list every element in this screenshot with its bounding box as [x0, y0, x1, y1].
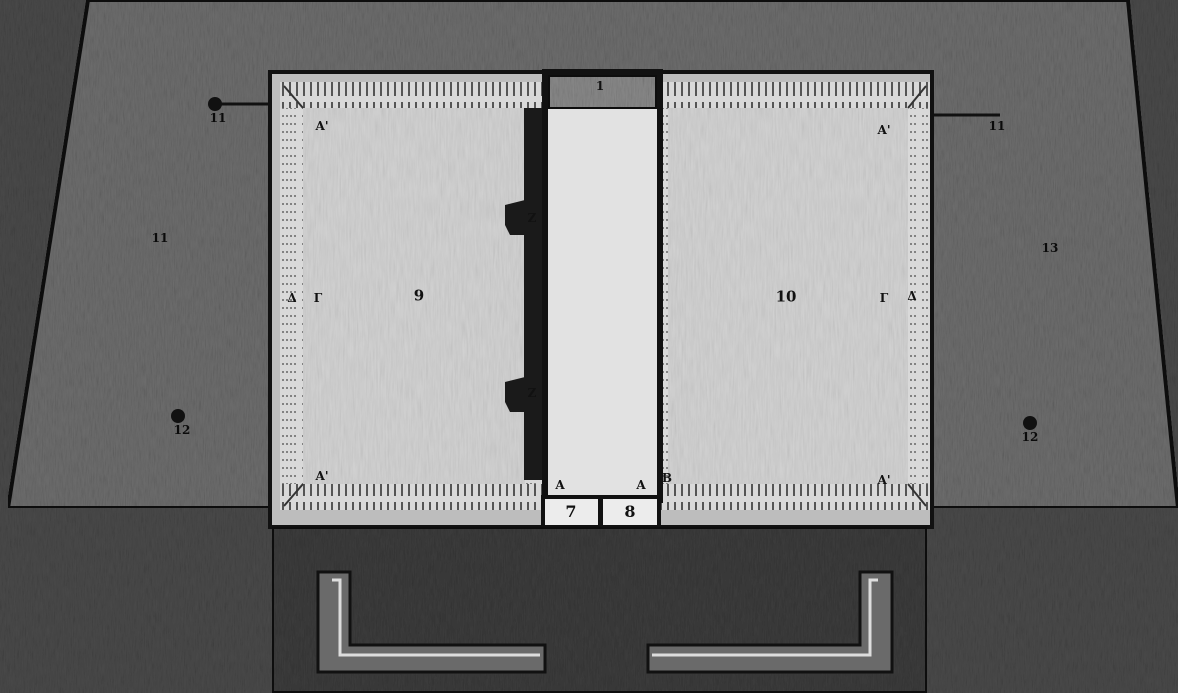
- diagram-drawing: [0, 0, 1178, 693]
- label-peg-lower: Z: [528, 387, 537, 399]
- label-channel-a-right: A: [636, 479, 645, 491]
- label-peg-upper: Z: [528, 212, 537, 224]
- label-post-top-right: 11: [989, 120, 1006, 132]
- label-a-prime-bl: A': [316, 470, 329, 482]
- diagram-stage: 9 10 7 8 Δ Γ Γ Δ A' A' A' A' A A B 1 Z Z…: [0, 0, 1178, 693]
- label-delta-left: Δ: [287, 292, 296, 304]
- label-right-wing-upper: 13: [1042, 242, 1059, 254]
- label-right-panel: 10: [776, 290, 797, 305]
- label-gamma-left: Γ: [314, 292, 323, 304]
- label-post-top-left: 11: [210, 112, 227, 124]
- label-gamma-right: Γ: [880, 292, 889, 304]
- label-a-prime-tl: A': [316, 120, 329, 132]
- label-left-wing-upper: 11: [152, 232, 169, 244]
- label-box-8: 8: [624, 504, 635, 520]
- post-lower-left: [171, 409, 185, 423]
- post-lower-right: [1023, 416, 1037, 430]
- label-delta-right: Δ: [907, 290, 916, 302]
- label-box-7: 7: [565, 504, 576, 520]
- label-channel-a-left: A: [555, 479, 564, 491]
- label-right-wing-lower: 12: [1022, 431, 1039, 443]
- label-a-prime-tr: A': [878, 124, 891, 136]
- label-left-panel: 9: [414, 289, 424, 304]
- label-top-center: 1: [596, 80, 604, 92]
- label-a-prime-br: A': [878, 474, 891, 486]
- post-top-left: [208, 97, 222, 111]
- peg-upper: [505, 200, 525, 235]
- label-left-wing-lower: 12: [174, 424, 191, 436]
- peg-lower: [505, 377, 525, 412]
- label-channel-b: B: [662, 472, 672, 484]
- central-channel: [545, 72, 660, 500]
